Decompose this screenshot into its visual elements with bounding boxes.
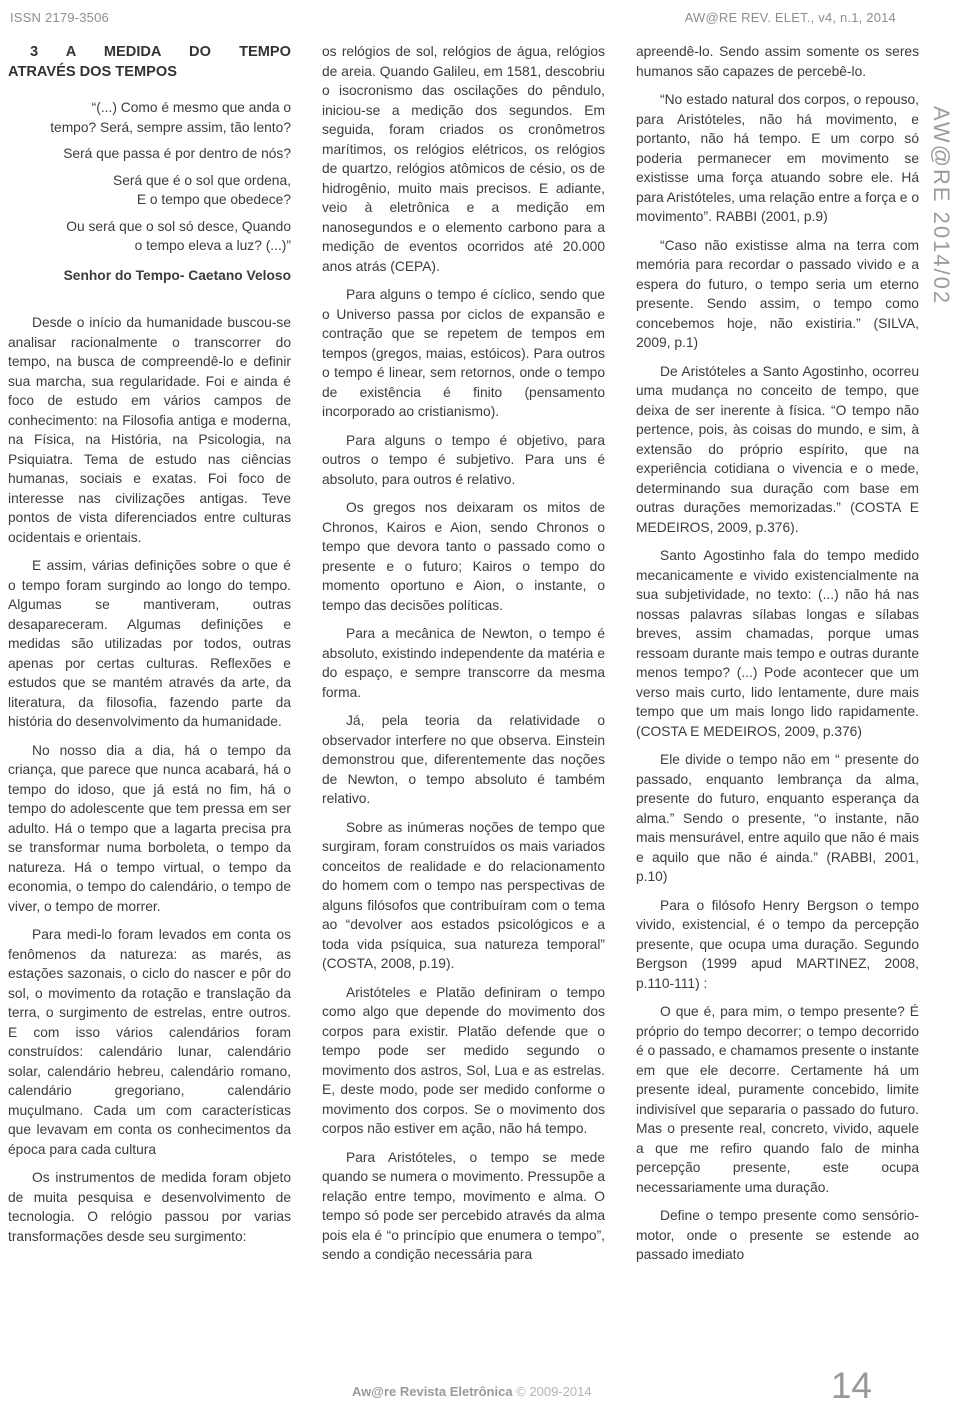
poem-line: E o tempo que obedece?	[8, 190, 291, 210]
paragraph: Santo Agostinho fala do tempo medido mec…	[636, 546, 919, 741]
page-number: 14	[831, 1365, 872, 1407]
poem-line: Será que é o sol que ordena,	[8, 171, 291, 191]
paragraph: Aristóteles e Platão definiram o tempo c…	[322, 983, 605, 1139]
paragraph: Para a mecânica de Newton, o tempo é abs…	[322, 624, 605, 702]
paragraph: os relógios de sol, relógios de água, re…	[322, 42, 605, 276]
poem-stanza: “(...) Como é mesmo que anda o tempo? Se…	[8, 98, 291, 137]
paragraph: Define o tempo presente como sensório-mo…	[636, 1206, 919, 1265]
poem-stanza: Ou será que o sol só desce, Quando o tem…	[8, 217, 291, 256]
paragraph: Já, pela teoria da relatividade o observ…	[322, 711, 605, 809]
poem-line: Será que passa é por dentro de nós?	[8, 144, 291, 164]
paragraph: Os gregos nos deixaram os mitos de Chron…	[322, 498, 605, 615]
issue-vertical-label: AW@RE 2014/02	[928, 106, 954, 305]
section-heading: 3 A MEDIDA DO TEMPO ATRAVÉS DOS TEMPOS	[8, 42, 291, 82]
poem-line: “(...) Como é mesmo que anda o	[8, 98, 291, 118]
paragraph: O que é, para mim, o tempo presente? É p…	[636, 1002, 919, 1197]
paragraph: Os instrumentos de medida foram objeto d…	[8, 1168, 291, 1246]
section-heading-line2: ATRAVÉS DOS TEMPOS	[8, 62, 291, 82]
paragraph: Para o filósofo Henry Bergson o tempo vi…	[636, 896, 919, 994]
paragraph: “No estado natural dos corpos, o repouso…	[636, 90, 919, 227]
column-3: apreendê-lo. Sendo assim somente os sere…	[636, 42, 919, 1377]
paragraph: Para medi-lo foram levados em conta os f…	[8, 925, 291, 1159]
footer-journal-name: Aw@re Revista Eletrônica	[352, 1384, 513, 1399]
column-2: os relógios de sol, relógios de água, re…	[322, 42, 605, 1377]
column-1: 3 A MEDIDA DO TEMPO ATRAVÉS DOS TEMPOS “…	[8, 42, 291, 1377]
paragraph: No nosso dia a dia, há o tempo da crianç…	[8, 741, 291, 917]
paragraph: E assim, várias definições sobre o que é…	[8, 556, 291, 732]
paragraph: “Caso não existisse alma na terra com me…	[636, 236, 919, 353]
page-footer: Aw@re Revista Eletrônica © 2009-2014	[352, 1384, 592, 1399]
poem-line: o tempo eleva a luz? (...)”	[8, 236, 291, 256]
paragraph: Para alguns o tempo é cíclico, sendo que…	[322, 285, 605, 422]
footer-copyright: © 2009-2014	[516, 1384, 591, 1399]
poem-stanza: Será que passa é por dentro de nós?	[8, 144, 291, 164]
issn-label: ISSN 2179-3506	[10, 10, 109, 25]
poem-line: Ou será que o sol só desce, Quando	[8, 217, 291, 237]
article-body: 3 A MEDIDA DO TEMPO ATRAVÉS DOS TEMPOS “…	[8, 42, 920, 1377]
paragraph: apreendê-lo. Sendo assim somente os sere…	[636, 42, 919, 81]
paragraph: Para alguns o tempo é objetivo, para out…	[322, 431, 605, 490]
paragraph: Desde o início da humanidade buscou-se a…	[8, 313, 291, 547]
paragraph: Sobre as inúmeras noções de tempo que su…	[322, 818, 605, 974]
poem-stanza: Será que é o sol que ordena, E o tempo q…	[8, 171, 291, 210]
epigraph-poem: “(...) Como é mesmo que anda o tempo? Se…	[8, 98, 291, 285]
paragraph: De Aristóteles a Santo Agostinho, ocorre…	[636, 362, 919, 538]
paragraph: Para Aristóteles, o tempo se mede quando…	[322, 1148, 605, 1265]
journal-reference: AW@RE REV. ELET., v4, n.1, 2014	[685, 10, 896, 25]
page-header: ISSN 2179-3506 AW@RE REV. ELET., v4, n.1…	[10, 10, 896, 25]
paragraph: Ele divide o tempo não em “ presente do …	[636, 750, 919, 887]
poem-line: tempo? Será, sempre assim, tão lento?	[8, 118, 291, 138]
poem-attribution: Senhor do Tempo- Caetano Veloso	[8, 266, 291, 286]
section-heading-line1: 3 A MEDIDA DO TEMPO	[8, 42, 291, 62]
